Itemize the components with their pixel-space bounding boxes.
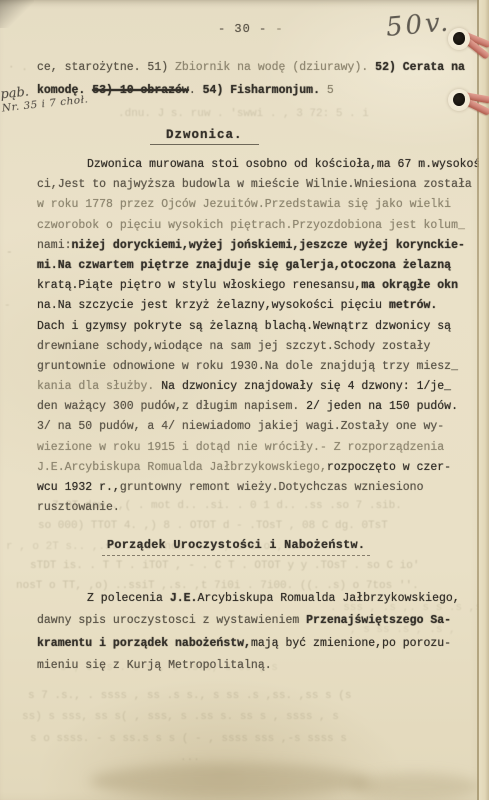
handwritten-folio: 50v. bbox=[385, 7, 452, 43]
typed-segment: den ważący 300 pudów,z długim napisem. bbox=[37, 400, 306, 413]
typed-segment: mieniu się z Kurją Metropolitalną. bbox=[37, 659, 272, 672]
typed-line: ci,Jest to najwyższa budowla w mieście W… bbox=[37, 175, 480, 195]
typed-line: Dzwonica murowana stoi osobno od kościoł… bbox=[37, 155, 480, 175]
typed-segment: J.E. bbox=[170, 592, 198, 605]
typed-line: w roku 1778 przez Ojców Jezuitów.Przedst… bbox=[37, 195, 480, 215]
typed-segment: 53) 10 obrazów bbox=[92, 84, 189, 97]
typed-line: Dach i gzymsy pokryte są żelazną blachą.… bbox=[37, 317, 480, 337]
typed-segment: - 30 - bbox=[218, 22, 267, 36]
typed-line: gruntownie odnowione w roku 1930.Na dole… bbox=[37, 357, 480, 377]
typed-segment: mają być zmienione,po porozu- bbox=[251, 637, 451, 650]
typed-segment: Na dzwonicy znajdowały się 4 dzwony: 1/j… bbox=[161, 380, 451, 393]
page-number: - 30 - - bbox=[218, 22, 284, 36]
typed-line: kratą.Piąte piętro w stylu włoskiego ren… bbox=[37, 276, 480, 296]
page-edge bbox=[479, 0, 489, 800]
typed-segment: Zbiornik na wodę (dziurawy). bbox=[175, 61, 375, 74]
typed-line: ce, starożytne. 51) Zbiornik na wodę (dz… bbox=[37, 56, 465, 79]
ghost-text-line: - bbox=[6, 247, 13, 259]
typed-segment: rozpoczęto w czer- bbox=[327, 461, 451, 474]
typed-segment: Dach i gzymsy pokryte są żelazną blachą.… bbox=[37, 320, 451, 333]
typed-segment: 54) Fisharmonjum. bbox=[203, 84, 320, 97]
typed-line: mi.Na czwartem piętrze znajduje się gale… bbox=[37, 256, 480, 276]
typed-line: na.Na szczycie jest krzyż żelazny,wysoko… bbox=[37, 296, 480, 316]
typed-segment: 52) Cerata na bbox=[375, 61, 465, 74]
typed-segment: nami: bbox=[37, 239, 72, 252]
typed-segment: rusztowanie. bbox=[37, 501, 120, 514]
typed-segment: - bbox=[267, 22, 283, 36]
document-page: .dnu. J s. ruw . 'swwi . , 3 72: 5 . i7 … bbox=[0, 0, 489, 800]
typed-segment: mi.Na czwartem piętrze znajduje się gale… bbox=[37, 259, 451, 272]
typed-segment: 2/ jeden na 150 pudów. bbox=[306, 400, 458, 413]
typed-line: komodę. 53) 10 obrazów. 54) Fisharmonjum… bbox=[37, 79, 465, 102]
typed-segment: kania dla służby. bbox=[37, 380, 161, 393]
typed-segment: ma okrągłe okn bbox=[361, 279, 458, 292]
inventory-list-lines: ce, starożytne. 51) Zbiornik na wodę (dz… bbox=[37, 56, 465, 102]
typed-segment: na.Na szczycie jest krzyż żelazny,wysoko… bbox=[37, 299, 389, 312]
ghost-text-line: ... bbox=[180, 752, 200, 764]
typed-line: nami:niżej doryckiemi,wyżej jońskiemi,je… bbox=[37, 236, 480, 256]
section-title-dzwonica: Dzwonica. bbox=[150, 128, 259, 145]
ghost-text-line: .dnu. J s. ruw . 'swwi . , 3 72: 5 . i bbox=[118, 108, 369, 120]
typed-segment: gruntowny remont wieży.Dotychczas wznies… bbox=[120, 481, 424, 494]
typed-segment: gruntownie odnowione w roku 1930.Na dole… bbox=[37, 360, 458, 373]
stain bbox=[350, 773, 480, 800]
typed-segment: wiezione w roku 1915 i dotąd nie wróciły… bbox=[37, 441, 444, 454]
corner-shadow bbox=[0, 0, 34, 28]
typed-segment: ce, starożytne. 51) bbox=[37, 61, 175, 74]
typed-segment: J.E.Arcybiskupa Romualda Jałbrzykowskieg… bbox=[37, 461, 327, 474]
ghost-text-line: s 7 .s., . ssss , ss .s s., s ss .s ,ss.… bbox=[28, 690, 351, 702]
typed-line: kania dla służby. Na dzwonicy znajdowały… bbox=[37, 377, 480, 397]
typed-line: rusztowanie. bbox=[37, 498, 480, 518]
typed-segment: . bbox=[189, 84, 203, 97]
typed-line: wcu 1932 r.,gruntowny remont wieży.Dotyc… bbox=[37, 478, 480, 498]
typed-line: dawny spis uroczystosci z wystawieniem P… bbox=[37, 610, 460, 632]
typed-line: mieniu się z Kurją Metropolitalną. bbox=[37, 655, 460, 677]
ghost-text-line: - bbox=[4, 300, 11, 312]
typed-segment: metrów. bbox=[389, 299, 437, 312]
ghost-text-line: s o ssss. - s ss.s s s ( - , ssss sss ,-… bbox=[30, 733, 347, 745]
typed-line: J.E.Arcybiskupa Romualda Jałbrzykowskieg… bbox=[37, 458, 480, 478]
typed-line: Z polecenia J.E.Arcybiskupa Romualda Jał… bbox=[37, 588, 460, 610]
typed-segment: drewniane schody,wiodące na sam jej szcz… bbox=[37, 340, 430, 353]
typed-segment: Dzwonica murowana stoi osobno od kościoł… bbox=[87, 158, 480, 171]
section-dzwonica-paragraph: Dzwonica murowana stoi osobno od kościoł… bbox=[37, 155, 480, 518]
typed-segment: 5 bbox=[320, 84, 334, 97]
ghost-text-line: sTDT is. . T T . iTOT , - . C T . OTOT y… bbox=[30, 560, 419, 572]
margin-annotation: pąb. Nr. 35 i 7 choł. bbox=[0, 80, 89, 116]
typed-segment: Arcybiskupa Romualda Jałbrzykowskiego, bbox=[197, 592, 459, 605]
typed-segment: niżej doryckiemi,wyżej jońskiemi,jeszcze… bbox=[72, 239, 465, 252]
binding-hole bbox=[453, 32, 465, 45]
typed-segment: kramentu i porządek nabożeństw, bbox=[37, 637, 251, 650]
section-title-porzadek: Porządek Uroczystości i Nabożeństw. bbox=[102, 538, 370, 556]
typed-line: kramentu i porządek nabożeństw,mają być … bbox=[37, 633, 460, 655]
typed-segment: Przenajświętszego Sa- bbox=[306, 614, 451, 627]
typed-segment: w roku 1778 przez Ojców Jezuitów.Przedst… bbox=[37, 198, 451, 211]
stain bbox=[90, 763, 370, 799]
typed-line: den ważący 300 pudów,z długim napisem. 2… bbox=[37, 397, 480, 417]
typed-line: czworobok o pięciu wysokich piętrach.Prz… bbox=[37, 216, 480, 236]
ghost-text-line: so 000) TTOT 4. ,) 8 . OTOT d - .TOsT , … bbox=[38, 520, 388, 532]
typed-segment: wcu 1932 r., bbox=[37, 481, 120, 494]
typed-line: wiezione w roku 1915 i dotąd nie wróciły… bbox=[37, 438, 480, 458]
section-porzadek-paragraph: Z polecenia J.E.Arcybiskupa Romualda Jał… bbox=[37, 588, 460, 678]
typed-segment: dawny spis uroczystosci z wystawieniem bbox=[37, 614, 306, 627]
typed-line: drewniane schody,wiodące na sam jej szcz… bbox=[37, 337, 480, 357]
typed-segment: czworobok o pięciu wysokich piętrach.Prz… bbox=[37, 219, 465, 232]
typed-segment: ci,Jest to najwyższa budowla w mieście W… bbox=[37, 178, 472, 191]
ghost-text-line: ss) s sss, ss s( , sss, s .ss s. ss s , … bbox=[22, 711, 339, 723]
typed-segment: kratą.Piąte piętro w stylu włoskiego ren… bbox=[37, 279, 361, 292]
typed-segment: 3/ na 50 pudów, a 4/ niewiadomo jakiej w… bbox=[37, 420, 444, 433]
binding-hole bbox=[453, 93, 465, 106]
typed-line: 3/ na 50 pudów, a 4/ niewiadomo jakiej w… bbox=[37, 417, 480, 437]
ghost-text-line: · . bbox=[8, 62, 28, 74]
typed-segment: Z polecenia bbox=[87, 592, 170, 605]
